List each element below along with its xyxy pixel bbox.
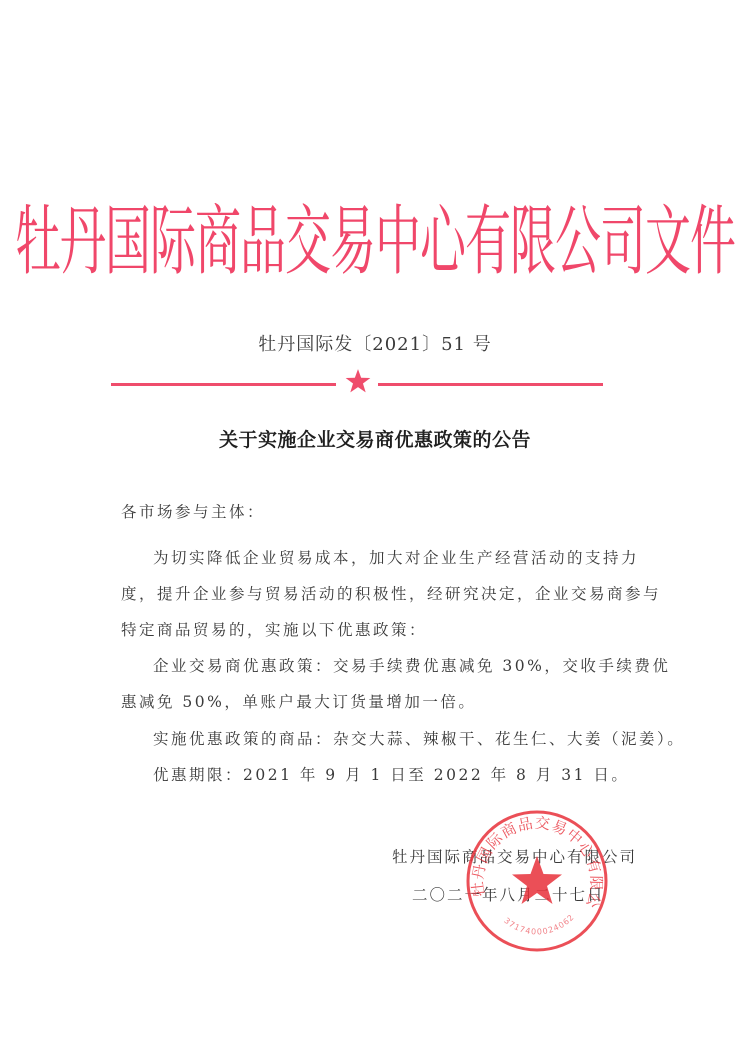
header-divider-left [111, 383, 336, 386]
header-divider-right [378, 383, 603, 386]
paragraph-line: 度，提升企业参与贸易活动的积极性，经研究决定，企业交易商参与 [121, 584, 641, 604]
signature-date: 二〇二一年八月二十七日 [412, 883, 605, 905]
signature-company: 牡丹国际商品交易中心有限公司 [392, 845, 637, 867]
svg-text:3717400024062: 3717400024062 [502, 912, 576, 936]
document-header-title: 牡丹国际商品交易中心有限公司文件 [0, 200, 750, 283]
paragraph-line: 惠减免 50%，单账户最大订货量增加一倍。 [121, 692, 641, 712]
paragraph-line: 特定商品贸易的，实施以下优惠政策： [121, 620, 641, 640]
notice-title: 关于实施企业交易商优惠政策的公告 [0, 425, 750, 452]
official-seal-icon: 牡丹国际商品交易中心有限公司 3717400024062 [464, 808, 610, 954]
paragraph-line: 企业交易商优惠政策：交易手续费优惠减免 30%，交收手续费优 [153, 656, 673, 676]
paragraph-line: 优惠期限：2021 年 9 月 1 日至 2022 年 8 月 31 日。 [153, 765, 673, 785]
paragraph-line: 实施优惠政策的商品：杂交大蒜、辣椒干、花生仁、大姜（泥姜）。 [153, 729, 673, 749]
paragraph-line: 为切实降低企业贸易成本，加大对企业生产经营活动的支持力 [153, 548, 673, 568]
salutation: 各市场参与主体： [121, 502, 641, 522]
document-number: 牡丹国际发〔2021〕51 号 [0, 330, 750, 356]
star-icon [345, 368, 371, 394]
